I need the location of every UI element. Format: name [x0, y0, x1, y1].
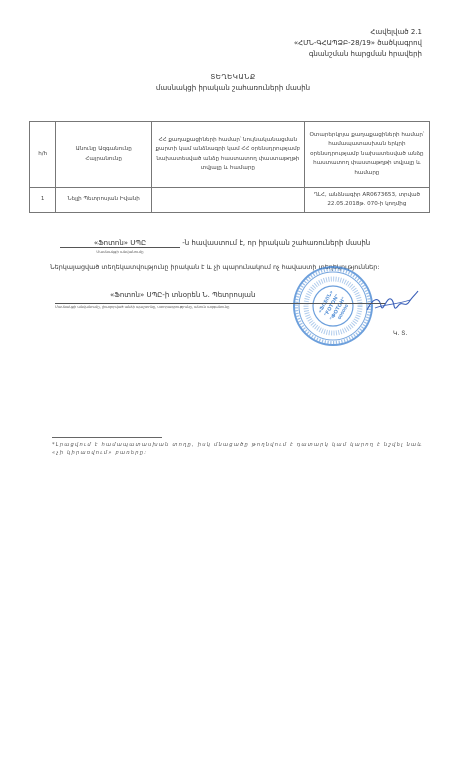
cell-name: Նելլի Պետրոսյան Իվանի [56, 188, 152, 213]
org-name: «Ֆոտոն» ՍՊԸ [94, 239, 146, 247]
declaration-line-1: «Ֆոտոն» ՍՊԸ Մասնակցի անվանումը -ն հավաստ… [60, 239, 370, 248]
title-heading: ՏԵՂԵԿԱՆՔ [0, 72, 466, 83]
footnote-divider [52, 437, 162, 438]
col-header-foreign-document: Օտարերկրյա քաղաքացիների համար՝ համապատաս… [304, 122, 429, 188]
procurement-code: «ՀՄՆ-ԳՀԱՊՁԲ-28/19» ծածկագրով [294, 38, 422, 49]
title-subheading: մասնակցի իրական շահառուների մասին [0, 83, 466, 94]
procedure-line: գնանշման հարցման հրավերի [294, 49, 422, 60]
seal-label: Կ. Տ. [393, 330, 407, 337]
document-title: ՏԵՂԵԿԱՆՔ մասնակցի իրական շահառուների մաս… [0, 72, 466, 94]
footnote: *Լրացվում է համապատասխան տողը, իսկ մնացա… [52, 441, 432, 457]
table-row: 1 Նելլի Պետրոսյան Իվանի ՂԼՀ, անձնագիր AR… [30, 188, 430, 213]
col-header-number: հ/հ [30, 122, 56, 188]
cell-local-document [151, 188, 304, 213]
signer-name: «Ֆոտոն» ՍՊԸ-ի տնօրեն Ն. Պետրոսյան [110, 291, 255, 299]
declaration-text-1: -ն հավաստում է, որ իրական շահառուների մա… [182, 239, 370, 247]
org-name-field: «Ֆոտոն» ՍՊԸ Մասնակցի անվանումը [60, 239, 180, 248]
col-header-local-document: ՀՀ քաղաքացիների համար՝ նույնականացման քա… [151, 122, 304, 188]
appendix-label: Հավելված 2.1 [294, 27, 422, 38]
signature-caption: Մասնակցի անվանումը, լիազորված անձի պաշտո… [55, 305, 385, 309]
beneficiaries-table: հ/հ Անունը Ազգանունը Հայրանունը ՀՀ քաղաք… [29, 121, 430, 213]
table-header-row: հ/հ Անունը Ազգանունը Հայրանունը ՀՀ քաղաք… [30, 122, 430, 188]
cell-number: 1 [30, 188, 56, 213]
cell-foreign-document: ՂԼՀ, անձնագիր AR0673653, տրված 22.05.201… [304, 188, 429, 213]
signature-block: «Ֆոտոն» ՍՊԸ-ի տնօրեն Ն. Պետրոսյան Մասնակ… [55, 291, 385, 309]
org-caption: Մասնակցի անվանումը [60, 249, 180, 254]
appendix-header: Հավելված 2.1 «ՀՄՆ-ԳՀԱՊՁԲ-28/19» ծածկագրո… [294, 27, 422, 60]
col-header-name: Անունը Ազգանունը Հայրանունը [56, 122, 152, 188]
signature-line: «Ֆոտոն» ՍՊԸ-ի տնօրեն Ն. Պետրոսյան [55, 291, 385, 304]
